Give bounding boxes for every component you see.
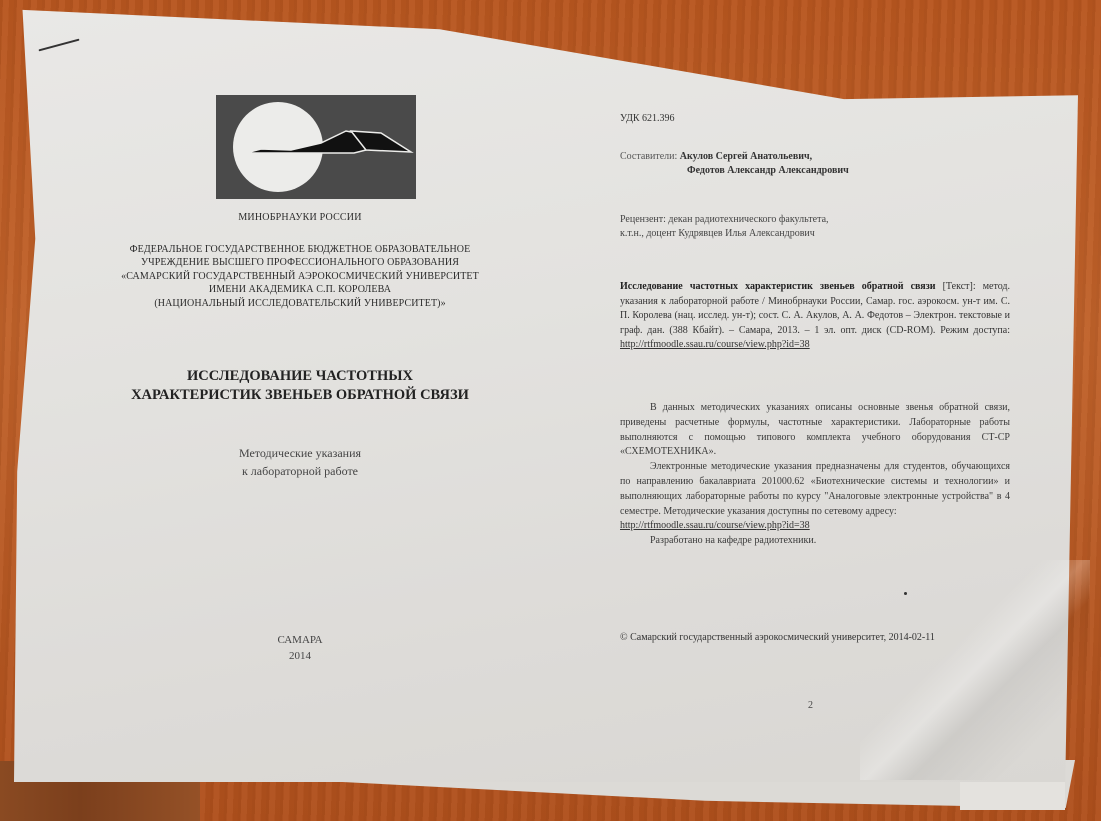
compilers-label: Составители: bbox=[620, 151, 677, 162]
abstract-link[interactable]: http://rtfmoodle.ssau.ru/course/view.php… bbox=[620, 520, 810, 531]
institution-line: «САМАРСКИЙ ГОСУДАРСТВЕННЫЙ АЭРОКОСМИЧЕСК… bbox=[95, 270, 505, 283]
institution-name: ФЕДЕРАЛЬНОЕ ГОСУДАРСТВЕННОЕ БЮДЖЕТНОЕ ОБ… bbox=[95, 243, 505, 310]
document-title: ИССЛЕДОВАНИЕ ЧАСТОТНЫХ ХАРАКТЕРИСТИК ЗВЕ… bbox=[100, 367, 500, 405]
institution-line: ИМЕНИ АКАДЕМИКА С.П. КОРОЛЕВА bbox=[95, 283, 505, 296]
university-logo-icon bbox=[216, 95, 416, 199]
institution-line: (НАЦИОНАЛЬНЫЙ ИССЛЕДОВАТЕЛЬСКИЙ УНИВЕРСИ… bbox=[95, 297, 505, 310]
subtitle-line: к лабораторной работе bbox=[190, 462, 410, 480]
paper-fold-highlight bbox=[860, 560, 1090, 780]
abstract-paragraph: Разработано на кафедре радиотехники. bbox=[620, 534, 1010, 549]
city: САМАРА bbox=[230, 632, 370, 648]
publication-place: САМАРА 2014 bbox=[230, 632, 370, 664]
abstract-paragraph: Электронные методические указания предна… bbox=[620, 460, 1010, 519]
ministry-name: МИНОБРНАУКИ РОССИИ bbox=[180, 212, 420, 223]
biblio-link[interactable]: http://rtfmoodle.ssau.ru/course/view.php… bbox=[620, 339, 810, 350]
abstract-paragraph: В данных методических указаниях описаны … bbox=[620, 401, 1010, 460]
year: 2014 bbox=[230, 648, 370, 664]
compilers: Составители: Акулов Сергей Анатольевич, … bbox=[620, 150, 849, 178]
bibliographic-record: Исследование частотных характеристик зве… bbox=[620, 280, 1010, 353]
title-line: ИССЛЕДОВАНИЕ ЧАСТОТНЫХ bbox=[100, 367, 500, 386]
udk-code: УДК 621.396 bbox=[620, 113, 675, 124]
compiler-name: Акулов Сергей Анатольевич, bbox=[680, 151, 812, 162]
title-line: ХАРАКТЕРИСТИК ЗВЕНЬЕВ ОБРАТНОЙ СВЯЗИ bbox=[100, 386, 500, 405]
subtitle-line: Методические указания bbox=[190, 444, 410, 462]
stray-dot bbox=[904, 592, 907, 595]
page-number: 2 bbox=[808, 700, 813, 711]
document-subtitle: Методические указания к лабораторной раб… bbox=[190, 444, 410, 480]
abstract: В данных методических указаниях описаны … bbox=[620, 401, 1010, 549]
biblio-title: Исследование частотных характеристик зве… bbox=[620, 281, 936, 292]
reviewer-line: к.т.н., доцент Кудрявцев Илья Александро… bbox=[620, 227, 829, 241]
institution-line: ФЕДЕРАЛЬНОЕ ГОСУДАРСТВЕННОЕ БЮДЖЕТНОЕ ОБ… bbox=[95, 243, 505, 256]
reviewer: Рецензент: декан радиотехнического факул… bbox=[620, 213, 829, 241]
reviewer-line: Рецензент: декан радиотехнического факул… bbox=[620, 213, 829, 227]
compiler-name: Федотов Александр Александрович bbox=[620, 164, 849, 178]
copyright-notice: © Самарский государственный аэрокосмичес… bbox=[620, 632, 935, 643]
institution-line: УЧРЕЖДЕНИЕ ВЫСШЕГО ПРОФЕССИОНАЛЬНОГО ОБР… bbox=[95, 256, 505, 269]
